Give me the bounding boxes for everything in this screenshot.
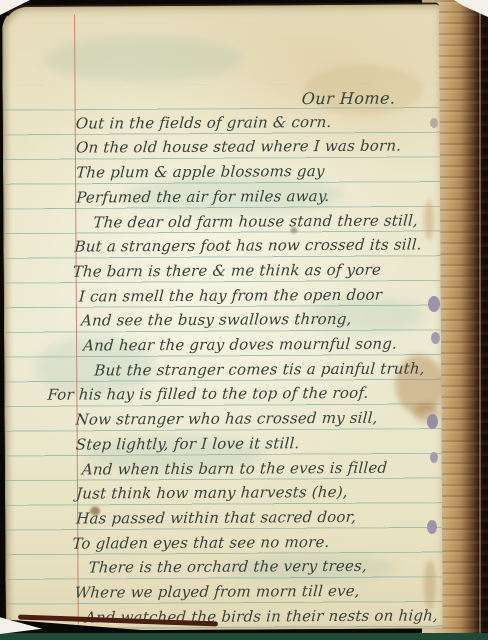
poem-line: And see the busy swallows throng, (80, 310, 352, 334)
torn-edge-mark (430, 452, 438, 463)
poem-line: For his hay is filled to the top of the … (47, 384, 369, 408)
poem-body: Out in the fields of grain & corn.On the… (3, 4, 439, 7)
poem-line: Now stranger who has crossed my sill, (75, 409, 378, 433)
poem-line: And hear the gray doves mournful song. (82, 335, 397, 359)
poem-line: Step lightly, for I love it still. (75, 434, 300, 457)
poem-line: To gladen eyes that see no more. (72, 533, 331, 557)
poem-line: The barn is there & me think as of yore (72, 261, 382, 285)
torn-edge-mark (424, 200, 434, 240)
poem-line: Out in the fields of grain & corn. (75, 113, 332, 137)
poem-line: But a strangers foot has now crossed its… (74, 236, 423, 260)
poem-line: Perfumed the air for miles away. (75, 187, 330, 211)
torn-edge-mark (431, 332, 440, 344)
poem-line: And when this barn to the eves is filled (81, 458, 388, 482)
torn-edge-mark (430, 118, 438, 128)
torn-edge-mark (428, 296, 440, 312)
poem-line: The plum & apple blossoms gay (75, 162, 325, 186)
torn-edge-mark (427, 414, 438, 429)
poem-title: Our Home. (301, 89, 396, 112)
poem-line: Where we played from morn till eve, (74, 582, 361, 606)
poem-line: Just think how many harvests (he), (75, 483, 348, 507)
torn-edge-mark (427, 520, 437, 534)
table-surface (0, 633, 488, 640)
poem-line: The dear old farm house stand there stil… (93, 211, 419, 235)
torn-edge-mark (424, 560, 436, 610)
notebook-photo: Our Home. Out in the fields of grain & c… (0, 0, 488, 640)
poem-line: I can smell the hay from the open door (78, 285, 383, 309)
poem-line: But the stranger comes tis a painful tru… (94, 359, 426, 383)
poem-line: Has passed within that sacred door, (75, 508, 356, 532)
poem-line: On the old house stead where I was born. (75, 137, 402, 161)
poem-line: There is the orchard the very trees, (88, 557, 368, 581)
notebook-page: Our Home. Out in the fields of grain & c… (2, 2, 443, 631)
